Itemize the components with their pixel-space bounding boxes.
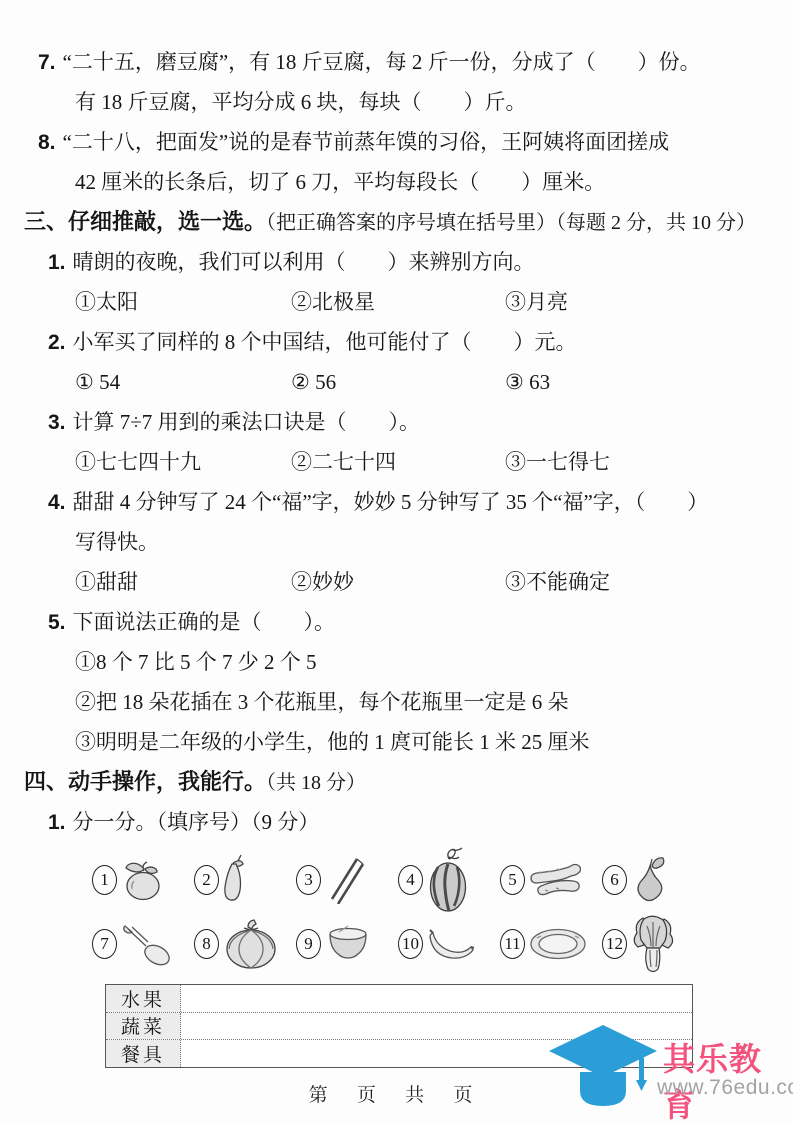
answer-cell[interactable]: [181, 985, 692, 1012]
s3-q5-statement-3: ③明明是二年级的小学生，他的 1 庹可能长 1 米 25 厘米: [0, 722, 793, 762]
table-row: 水果: [106, 985, 692, 1012]
chopsticks-icon: [325, 856, 367, 904]
section4-heading: 四、动手操作，我能行。（共 18 分）: [0, 762, 793, 802]
banana-icon: [427, 928, 475, 960]
item-number-badge: 10: [398, 929, 423, 959]
item-cabbage: 12: [602, 914, 704, 974]
q7-text-1: “二十五，磨豆腐”，有 18 斤豆腐，每 2 斤一份，分成了（ ）份。: [63, 50, 701, 74]
row-label: 蔬菜: [106, 1013, 181, 1040]
section4-title: 四、动手操作，我能行。: [24, 769, 266, 794]
s3-q2: 2.小军买了同样的 8 个中国结，他可能付了（ ）元。: [0, 322, 793, 362]
statement-text: ②把 18 朵花插在 3 个花瓶里，每个花瓶里一定是 6 朵: [75, 690, 569, 714]
cabbage-icon: [631, 914, 675, 974]
item-number-badge: 7: [92, 929, 117, 959]
s4-sub-question: 1.分一分。（填序号）（9 分）: [0, 802, 793, 842]
option-1: ①甜甜: [75, 562, 291, 602]
item-number-badge: 4: [398, 865, 423, 895]
graduation-cap-icon: [547, 1023, 659, 1120]
s3-q4-text-1: 甜甜 4 分钟写了 24 个“福”字，妙妙 5 分钟写了 35 个“福”字，（ …: [73, 490, 709, 514]
s3-q1-options: ①太阳 ②北极星 ③月亮: [0, 282, 793, 322]
s3-q5-text: 下面说法正确的是（ ）。: [73, 610, 336, 634]
s3-q3: 3.计算 7÷7 用到的乘法口诀是（ ）。: [0, 402, 793, 442]
item-apple: 1: [92, 851, 194, 909]
eggplant-icon: [223, 854, 249, 906]
plate-icon: [529, 926, 587, 962]
s3-q3-text: 计算 7÷7 用到的乘法口诀是（ ）。: [73, 410, 421, 434]
item-number-badge: 5: [500, 865, 525, 895]
item-pear: 6: [602, 851, 704, 909]
item-bowl: 9: [296, 915, 398, 973]
item-yam: 5: [500, 851, 602, 909]
item-number-badge: 3: [296, 865, 321, 895]
statement-text: ③明明是二年级的小学生，他的 1 庹可能长 1 米 25 厘米: [75, 730, 590, 754]
s3-q4-text-2: 写得快。: [75, 530, 159, 554]
item-number-badge: 11: [500, 929, 525, 959]
row-label: 餐具: [106, 1040, 181, 1067]
q8-text-2: 42 厘米的长条后，切了 6 刀，平均每段长（ ）厘米。: [75, 170, 605, 194]
option-1: ① 54: [75, 362, 291, 402]
pumpkin-icon: [223, 918, 279, 970]
s3-q4-line-2: 写得快。: [0, 522, 793, 562]
pear-icon: [631, 854, 671, 906]
apple-icon: [121, 859, 165, 901]
q8-line-1: 8.“二十八，把面发”说的是春节前蒸年馍的习俗，王阿姨将面团搓成: [0, 122, 793, 162]
s3-q1-number: 1.: [48, 251, 66, 274]
q8-text-1: “二十八，把面发”说的是春节前蒸年馍的习俗，王阿姨将面团搓成: [63, 130, 670, 154]
item-eggplant: 2: [194, 851, 296, 909]
s3-q5-statement-1: ①8 个 7 比 5 个 7 少 2 个 5: [0, 642, 793, 682]
section3-note: （把正确答案的序号填在括号里）（每题 2 分，共 10 分）: [266, 212, 756, 234]
worksheet-page: 7.“二十五，磨豆腐”，有 18 斤豆腐，每 2 斤一份，分成了（ ）份。 有 …: [0, 0, 793, 1122]
s3-q5-statement-2: ②把 18 朵花插在 3 个花瓶里，每个花瓶里一定是 6 朵: [0, 682, 793, 722]
spoon-icon: [121, 921, 173, 967]
option-2: ②妙妙: [291, 562, 505, 602]
option-3: ③一七得七: [505, 442, 793, 482]
option-2: ② 56: [291, 362, 505, 402]
s3-q4-line-1: 4.甜甜 4 分钟写了 24 个“福”字，妙妙 5 分钟写了 35 个“福”字，…: [0, 482, 793, 522]
item-pumpkin: 8: [194, 915, 296, 973]
item-number-badge: 2: [194, 865, 219, 895]
worksheet-content: 7.“二十五，磨豆腐”，有 18 斤豆腐，每 2 斤一份，分成了（ ）份。 有 …: [0, 0, 793, 1068]
item-spoon: 7: [92, 915, 194, 973]
option-1: ①七七四十九: [75, 442, 291, 482]
s4-sub-number: 1.: [48, 811, 66, 834]
watermelon-icon: [427, 846, 471, 914]
option-3: ③月亮: [505, 282, 793, 322]
option-3: ③ 63: [505, 362, 793, 402]
s3-q4-options: ①甜甜 ②妙妙 ③不能确定: [0, 562, 793, 602]
item-banana: 10: [398, 915, 500, 973]
q7-line-1: 7.“二十五，磨豆腐”，有 18 斤豆腐，每 2 斤一份，分成了（ ）份。: [0, 42, 793, 82]
item-number-badge: 1: [92, 865, 117, 895]
s3-q1: 1.晴朗的夜晚，我们可以利用（ ）来辨别方向。: [0, 242, 793, 282]
item-chopsticks: 3: [296, 851, 398, 909]
item-number-badge: 9: [296, 929, 321, 959]
s3-q5: 5.下面说法正确的是（ ）。: [0, 602, 793, 642]
item-number-badge: 6: [602, 865, 627, 895]
s3-q2-options: ① 54 ② 56 ③ 63: [0, 362, 793, 402]
item-watermelon: 4: [398, 846, 500, 914]
item-number-badge: 12: [602, 929, 627, 959]
option-2: ②北极星: [291, 282, 505, 322]
items-grid: 123456789101112: [92, 846, 704, 974]
item-number-badge: 8: [194, 929, 219, 959]
q7-text-2: 有 18 斤豆腐，平均分成 6 块，每块（ ）斤。: [75, 90, 527, 114]
q7-line-2: 有 18 斤豆腐，平均分成 6 块，每块（ ）斤。: [0, 82, 793, 122]
section3-heading: 三、仔细推敲，选一选。（把正确答案的序号填在括号里）（每题 2 分，共 10 分…: [0, 202, 793, 242]
s4-sub-text: 分一分。（填序号）（9 分）: [73, 810, 320, 834]
option-2: ②二七十四: [291, 442, 505, 482]
s3-q2-number: 2.: [48, 331, 66, 354]
statement-text: ①8 个 7 比 5 个 7 少 2 个 5: [75, 650, 317, 674]
section4-note: （共 18 分）: [266, 772, 366, 794]
brand-url: www.76edu.com: [657, 1076, 793, 1100]
s3-q4-number: 4.: [48, 491, 66, 514]
s3-q2-text: 小军买了同样的 8 个中国结，他可能付了（ ）元。: [73, 330, 577, 354]
q7-number: 7.: [38, 51, 56, 74]
publisher-logo: 其乐教育 www.76edu.com: [541, 1026, 793, 1122]
option-1: ①太阳: [75, 282, 291, 322]
section3-title: 三、仔细推敲，选一选。: [24, 209, 266, 234]
s3-q5-number: 5.: [48, 611, 66, 634]
yam-icon: [529, 858, 585, 902]
row-label: 水果: [106, 985, 181, 1012]
s3-q3-options: ①七七四十九 ②二七十四 ③一七得七: [0, 442, 793, 482]
item-plate: 11: [500, 915, 602, 973]
s3-q3-number: 3.: [48, 411, 66, 434]
q8-line-2: 42 厘米的长条后，切了 6 刀，平均每段长（ ）厘米。: [0, 162, 793, 202]
q8-number: 8.: [38, 131, 56, 154]
bowl-icon: [325, 924, 371, 964]
option-3: ③不能确定: [505, 562, 793, 602]
s3-q1-text: 晴朗的夜晚，我们可以利用（ ）来辨别方向。: [73, 250, 535, 274]
